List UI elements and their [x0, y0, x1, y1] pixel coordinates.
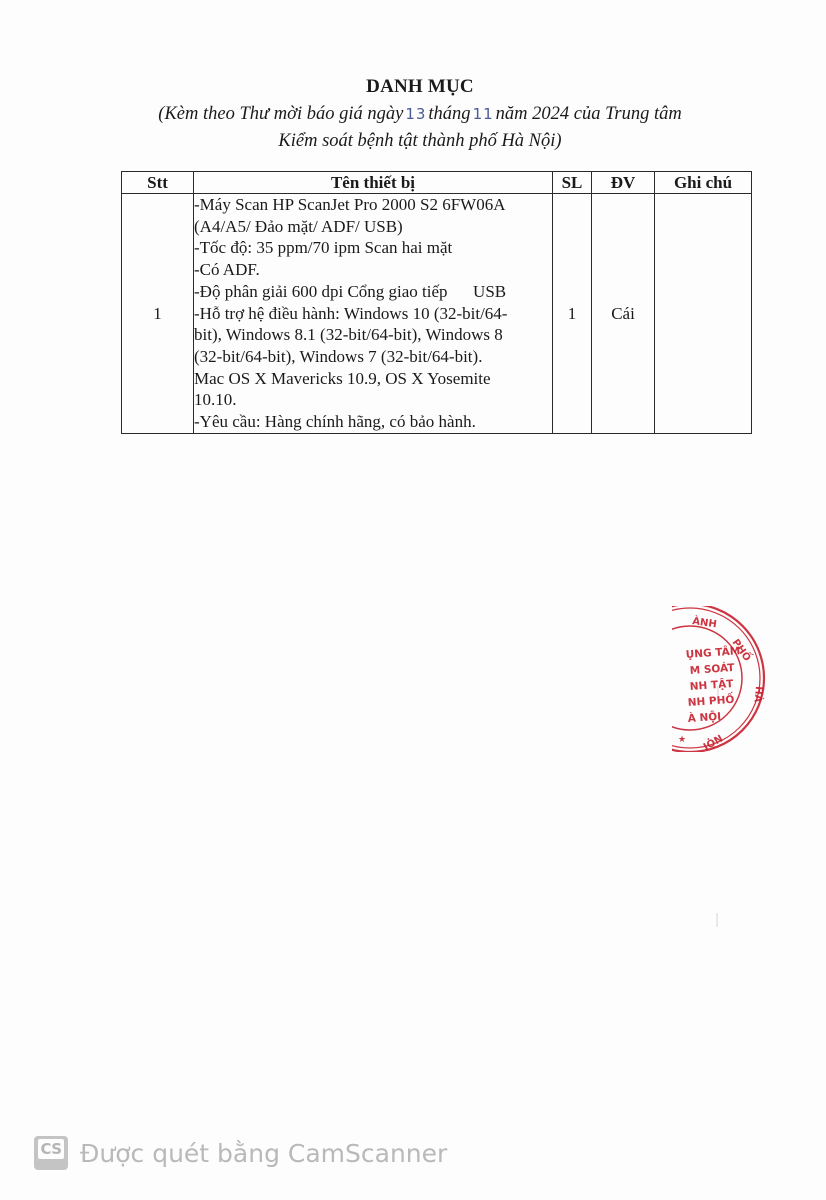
header-dv: ĐV — [592, 172, 655, 194]
subtitle-prefix: (Kèm theo Thư mời báo giá ngày — [158, 104, 403, 124]
handwritten-month: 11 — [471, 105, 496, 123]
description-line: (32-bit/64-bit), Windows 7 (32-bit/64-bi… — [194, 346, 552, 368]
svg-text:À NỘI: À NỘI — [687, 710, 721, 725]
svg-text:M SOÁT: M SOÁT — [689, 661, 735, 677]
watermark-text: Được quét bằng CamScanner — [80, 1139, 447, 1168]
cell-quantity: 1 — [553, 194, 592, 434]
svg-text:★: ★ — [678, 735, 686, 745]
svg-text:ỤNG TÂM: ỤNG TÂM — [685, 644, 740, 661]
subtitle-line-2: Kiểm soát bệnh tật thành phố Hà Nội) — [14, 128, 826, 155]
scan-artifact — [717, 686, 719, 696]
svg-text:NH TẬT: NH TẬT — [689, 677, 734, 693]
subtitle-suffix: năm 2024 của Trung tâm — [496, 104, 682, 124]
description-line: -Máy Scan HP ScanJet Pro 2000 S2 6FW06A — [194, 194, 552, 216]
header-note: Ghi chú — [655, 172, 752, 194]
description-line: Mac OS X Mavericks 10.9, OS X Yosemite — [194, 368, 552, 390]
document-subtitle: (Kèm theo Thư mời báo giá ngày13tháng11n… — [0, 101, 826, 155]
description-line: -Yêu cầu: Hàng chính hãng, có bảo hành. — [194, 411, 552, 433]
cell-note — [655, 194, 752, 434]
description-line: -Hỗ trợ hệ điều hành: Windows 10 (32-bit… — [194, 303, 552, 325]
table-row: 1 -Máy Scan HP ScanJet Pro 2000 S2 6FW06… — [122, 194, 752, 434]
description-line: 10.10. — [194, 389, 552, 411]
svg-text:NH PHỐ: NH PHỐ — [687, 691, 735, 709]
description-line: -Độ phân giải 600 dpi Cổng giao tiếp USB — [194, 281, 552, 303]
svg-text:HÀ: HÀ — [752, 686, 766, 703]
header-stt: Stt — [122, 172, 194, 194]
svg-text:ÀNH: ÀNH — [692, 614, 718, 630]
scan-artifact — [716, 913, 718, 927]
description-line: bit), Windows 8.1 (32-bit/64-bit), Windo… — [194, 324, 552, 346]
description-line: -Có ADF. — [194, 259, 552, 281]
subtitle-line-1: (Kèm theo Thư mời báo giá ngày13tháng11n… — [14, 101, 826, 128]
header-sl: SL — [553, 172, 592, 194]
description-line: -Tốc độ: 35 ppm/70 ipm Scan hai mặt — [194, 237, 552, 259]
camscanner-logo-text: CS — [38, 1139, 63, 1159]
stamp-seal-icon: ÀNH PHỐ HÀ NỘI ★ ỤNG TÂM M SOÁT NH TẬT N… — [672, 606, 768, 752]
document-title: DANH MỤC — [0, 76, 826, 98]
subtitle-month-label: tháng — [428, 104, 470, 124]
header-name: Tên thiết bị — [194, 172, 553, 194]
equipment-table: Stt Tên thiết bị SL ĐV Ghi chú 1 -Máy Sc… — [121, 171, 752, 434]
description-line: (A4/A5/ Đảo mặt/ ADF/ USB) — [194, 216, 552, 238]
cell-description: -Máy Scan HP ScanJet Pro 2000 S2 6FW06A … — [194, 194, 553, 434]
camscanner-watermark: CS Được quét bằng CamScanner — [34, 1136, 447, 1170]
table-header-row: Stt Tên thiết bị SL ĐV Ghi chú — [122, 172, 752, 194]
camscanner-logo-icon: CS — [34, 1136, 68, 1170]
cell-stt: 1 — [122, 194, 194, 434]
official-stamp: ÀNH PHỐ HÀ NỘI ★ ỤNG TÂM M SOÁT NH TẬT N… — [672, 606, 768, 752]
cell-unit: Cái — [592, 194, 655, 434]
handwritten-day: 13 — [403, 105, 428, 123]
